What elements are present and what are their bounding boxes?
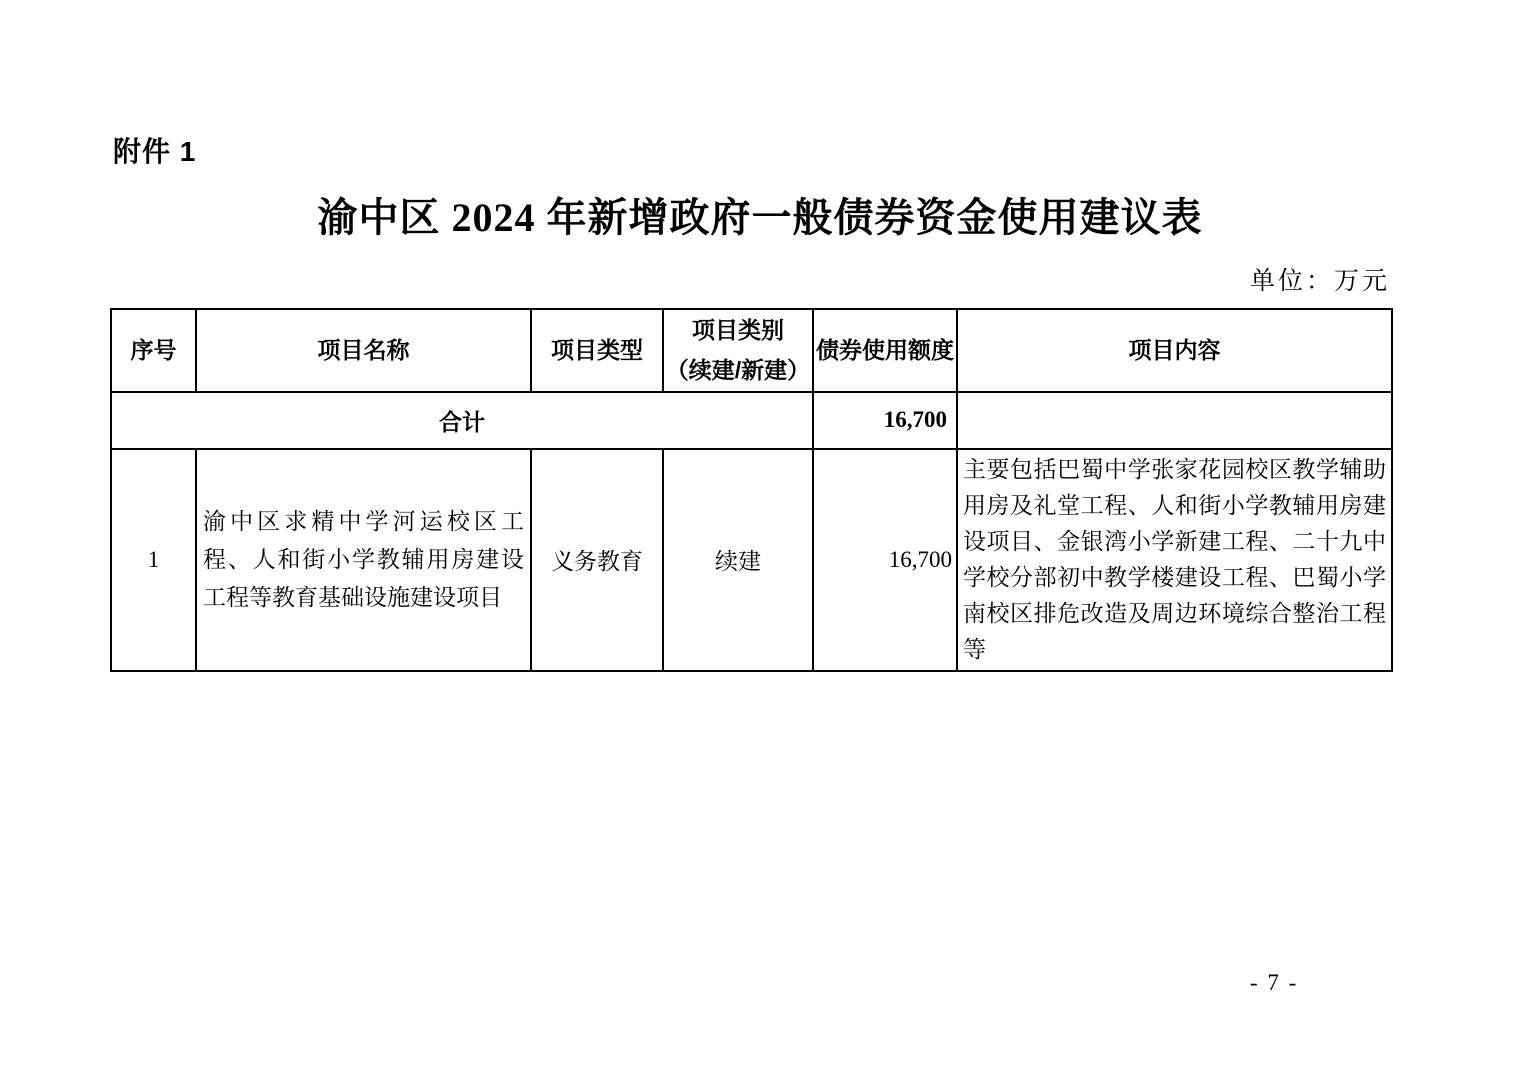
total-content-cell	[957, 392, 1392, 449]
document-page: 附件 1 渝中区 2024 年新增政府一般债券资金使用建议表 单位：万元 序号 …	[0, 0, 1520, 1074]
total-amount-cell: 16,700	[813, 392, 957, 449]
header-project-content: 项目内容	[957, 309, 1392, 392]
header-project-category-line1: 项目类别	[664, 310, 812, 350]
header-bond-amount: 债券使用额度	[813, 309, 957, 392]
unit-note: 单位：万元	[1250, 261, 1390, 297]
total-label-cell: 合计	[111, 392, 813, 449]
row-project-category-cell: 续建	[663, 449, 813, 671]
row-project-content-cell: 主要包括巴蜀中学张家花园校区教学辅助用房及礼堂工程、人和街小学教辅用房建设项目、…	[957, 449, 1392, 671]
page-number: - 7 -	[1250, 970, 1298, 996]
header-serial-number: 序号	[111, 309, 196, 392]
bond-usage-table: 序号 项目名称 项目类型 项目类别 （续建/新建） 债券使用额度 项目内容 合计…	[110, 308, 1393, 672]
table-total-row: 合计 16,700	[111, 392, 1392, 449]
row-project-type-cell: 义务教育	[531, 449, 663, 671]
table-row: 1 渝中区求精中学河运校区工程、人和街小学教辅用房建设工程等教育基础设施建设项目…	[111, 449, 1392, 671]
row-serial-number-cell: 1	[111, 449, 196, 671]
header-project-type: 项目类型	[531, 309, 663, 392]
table-header-row: 序号 项目名称 项目类型 项目类别 （续建/新建） 债券使用额度 项目内容	[111, 309, 1392, 392]
header-project-category: 项目类别 （续建/新建）	[663, 309, 813, 392]
header-project-category-line2: （续建/新建）	[664, 350, 812, 390]
row-bond-amount-cell: 16,700	[813, 449, 957, 671]
document-title: 渝中区 2024 年新增政府一般债券资金使用建议表	[0, 186, 1520, 243]
attachment-label: 附件 1	[113, 130, 196, 170]
header-project-name: 项目名称	[196, 309, 531, 392]
row-project-name-cell: 渝中区求精中学河运校区工程、人和街小学教辅用房建设工程等教育基础设施建设项目	[196, 449, 531, 671]
